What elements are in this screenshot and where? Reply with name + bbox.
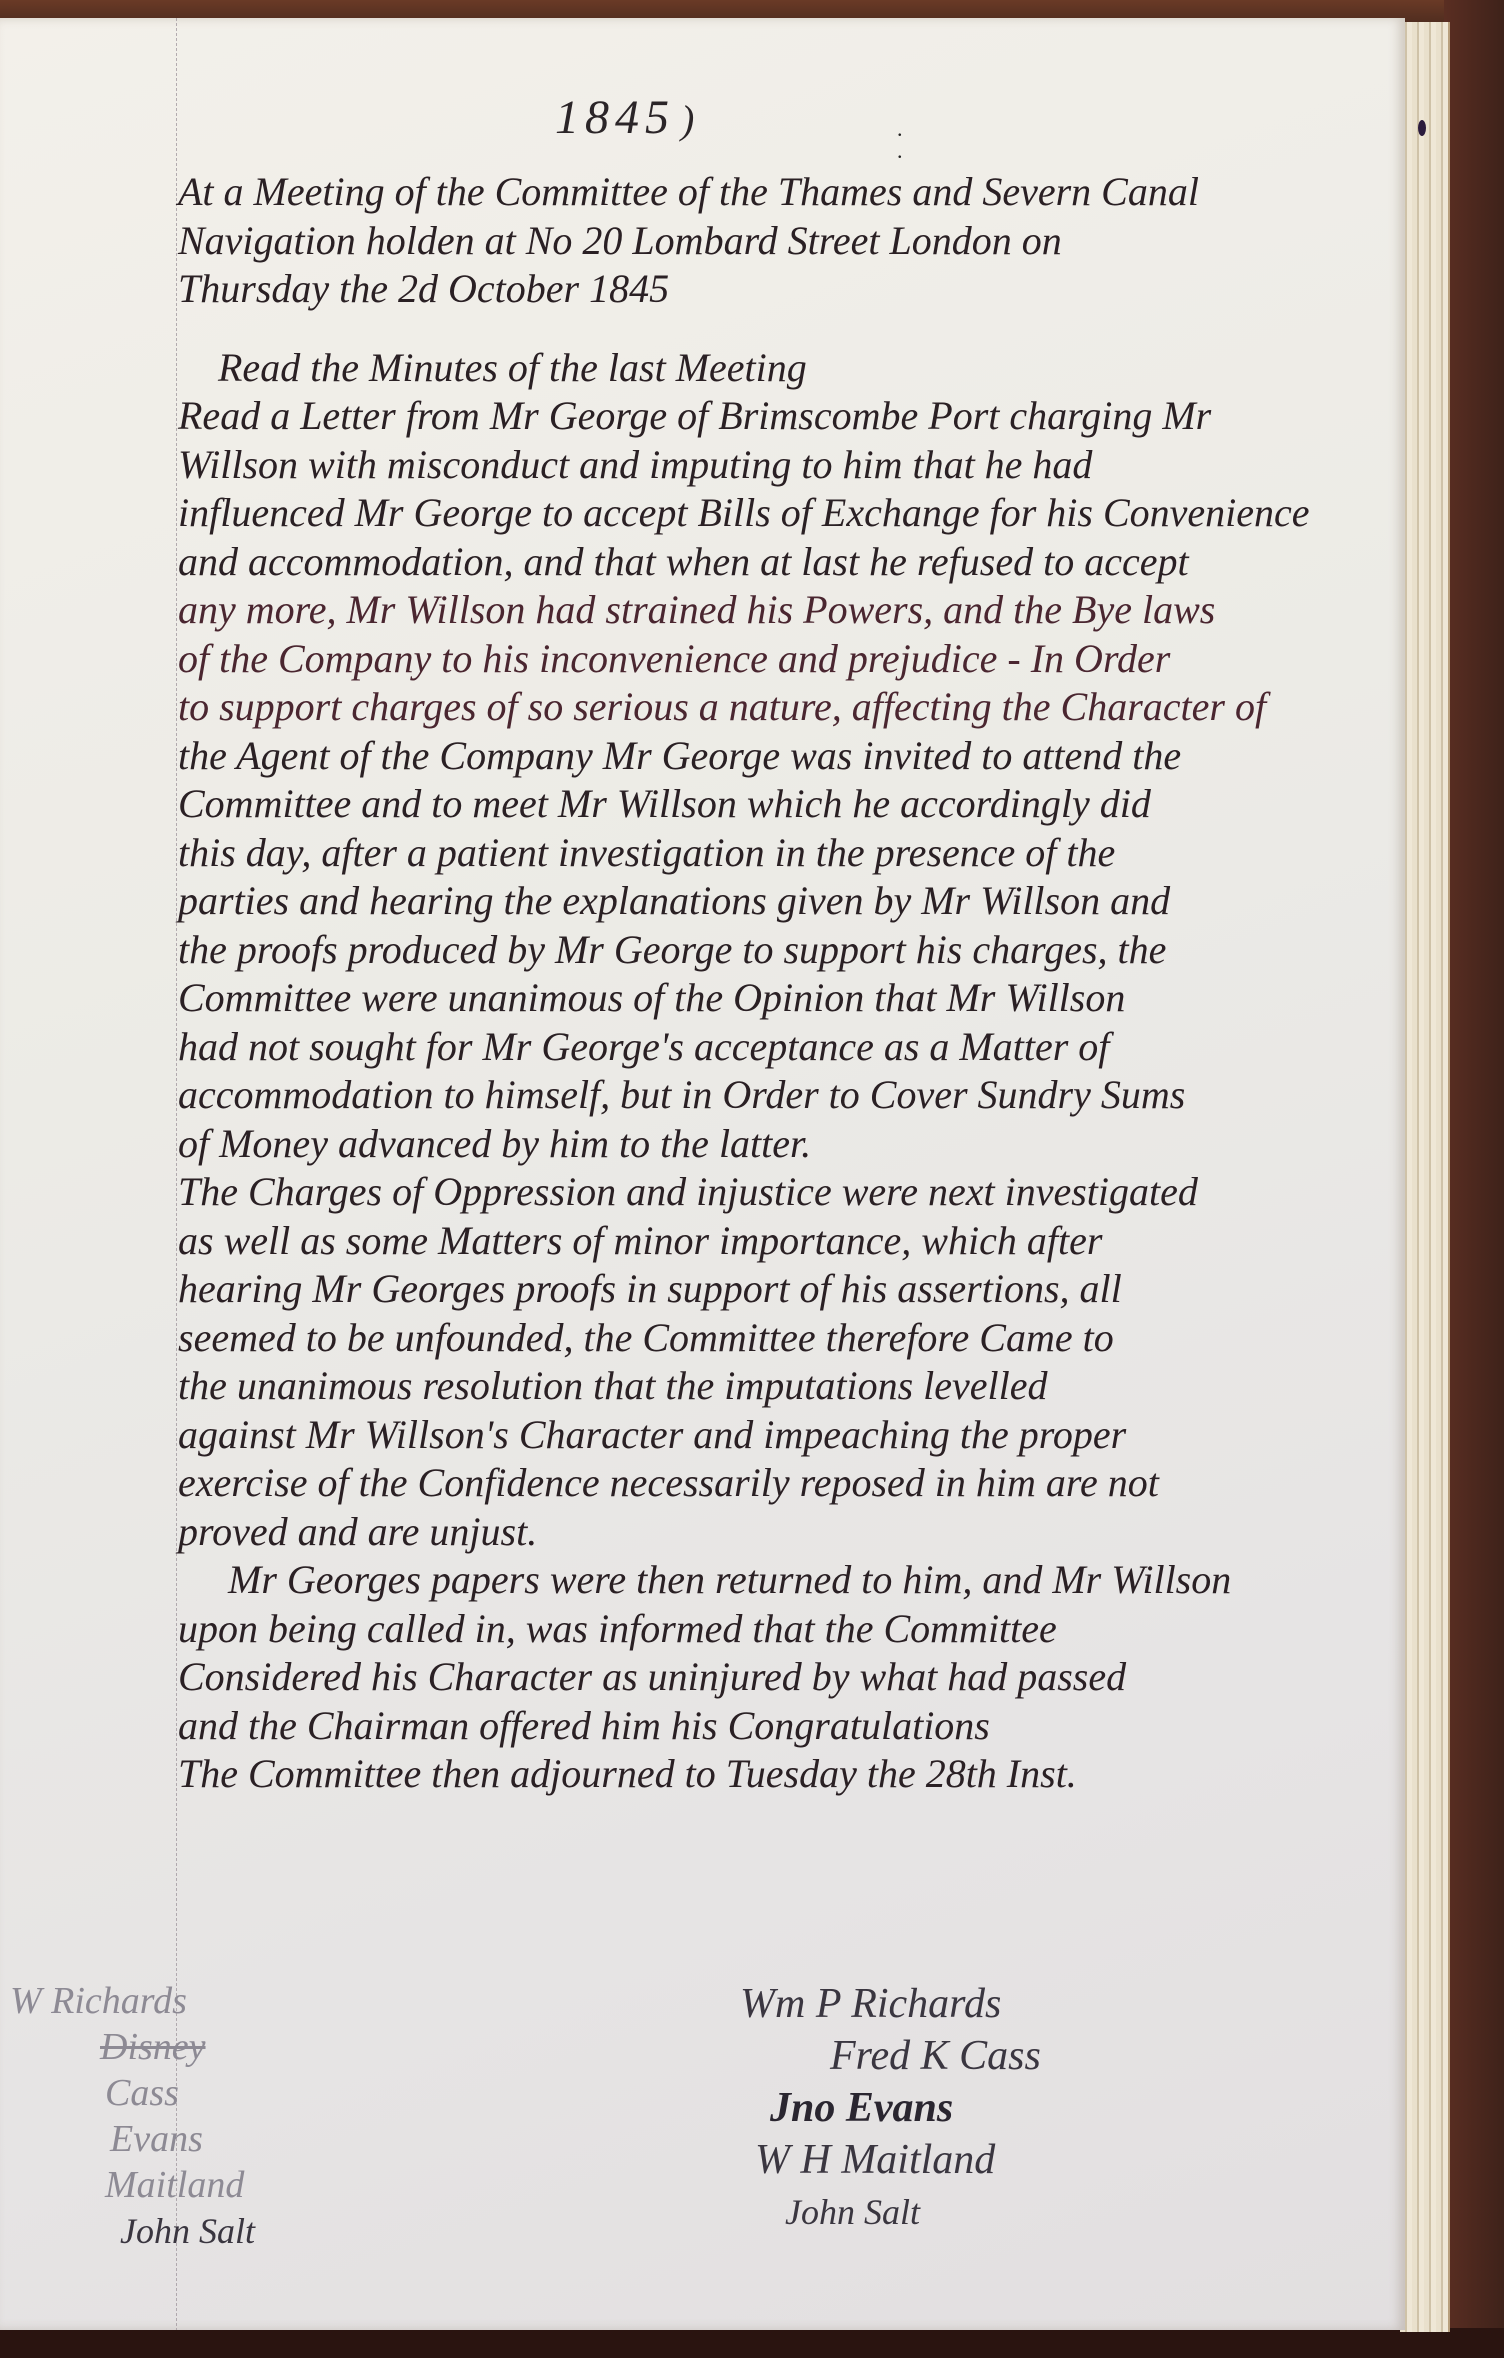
ink-dots: .. xyxy=(897,118,903,162)
minute-line: of the Company to his inconvenience and … xyxy=(178,635,1388,684)
minute-line: influenced Mr George to accept Bills of … xyxy=(178,489,1388,538)
minute-line: Read the Minutes of the last Meeting xyxy=(178,344,1388,393)
heading-line: At a Meeting of the Committee of the Tha… xyxy=(178,168,1388,217)
attendee-name: W Richards xyxy=(10,1978,255,2024)
minute-line: Read a Letter from Mr George of Brimscom… xyxy=(178,392,1388,441)
year-text: 1845 xyxy=(555,91,675,144)
attendee-name: Maitland xyxy=(10,2162,255,2208)
book-binding-bottom xyxy=(0,2328,1504,2358)
attendee-name: Disney xyxy=(10,2024,255,2070)
minute-line: had not sought for Mr George's acceptanc… xyxy=(178,1023,1388,1072)
heading-line: Navigation holden at No 20 Lombard Stree… xyxy=(178,217,1388,266)
minute-line: Considered his Character as uninjured by… xyxy=(178,1653,1388,1702)
minute-line: upon being called in, was informed that … xyxy=(178,1605,1388,1654)
minute-line: parties and hearing the explanations giv… xyxy=(178,877,1388,926)
heading-line: Thursday the 2d October 1845 xyxy=(178,265,1388,314)
pencil-attendance-list: W Richards Disney Cass Evans Maitland Jo… xyxy=(10,1978,255,2254)
minute-line: of Money advanced by him to the latter. xyxy=(178,1120,1388,1169)
minute-line: this day, after a patient investigation … xyxy=(178,829,1388,878)
minute-line: Willson with misconduct and imputing to … xyxy=(178,441,1388,490)
signature: W H Maitland xyxy=(740,2134,1041,2186)
minute-line: against Mr Willson's Character and impea… xyxy=(178,1411,1388,1460)
minute-line: Committee were unanimous of the Opinion … xyxy=(178,974,1388,1023)
minute-line: Mr Georges papers were then returned to … xyxy=(178,1556,1388,1605)
minute-line: hearing Mr Georges proofs in support of … xyxy=(178,1265,1388,1314)
minute-line: seemed to be unfounded, the Committee th… xyxy=(178,1314,1388,1363)
minute-line: and the Chairman offered him his Congrat… xyxy=(178,1702,1388,1751)
minute-line: The Charges of Oppression and injustice … xyxy=(178,1168,1388,1217)
minute-line: as well as some Matters of minor importa… xyxy=(178,1217,1388,1266)
minutes-text: At a Meeting of the Committee of the Tha… xyxy=(178,168,1388,1799)
minute-line: to support charges of so serious a natur… xyxy=(178,683,1388,732)
year-heading: 1845) xyxy=(555,90,700,145)
ledger-page: 1845) .. At a Meeting of the Committee o… xyxy=(0,18,1405,2330)
minute-line: exercise of the Confidence necessarily r… xyxy=(178,1459,1388,1508)
signature-block: Wm P Richards Fred K Cass Jno Evans W H … xyxy=(740,1978,1041,2238)
flourish-mark: ) xyxy=(681,97,700,142)
attendee-name: John Salt xyxy=(10,2208,255,2254)
minute-line: accommodation to himself, but in Order t… xyxy=(178,1071,1388,1120)
minute-line: the unanimous resolution that the imputa… xyxy=(178,1362,1388,1411)
attendee-name: Cass xyxy=(10,2070,255,2116)
minute-line: and accommodation, and that when at last… xyxy=(178,538,1388,587)
minute-line: Committee and to meet Mr Willson which h… xyxy=(178,780,1388,829)
signature: Wm P Richards xyxy=(740,1978,1041,2030)
signature: Jno Evans xyxy=(740,2082,1041,2134)
signature: Fred K Cass xyxy=(740,2030,1041,2082)
minute-line: the Agent of the Company Mr George was i… xyxy=(178,732,1388,781)
ink-blot xyxy=(1418,120,1426,136)
minute-line: the proofs produced by Mr George to supp… xyxy=(178,926,1388,975)
minute-line: any more, Mr Willson had strained his Po… xyxy=(178,586,1388,635)
book-binding-right xyxy=(1444,0,1504,2358)
minute-line: proved and are unjust. xyxy=(178,1508,1388,1557)
attendee-name: Evans xyxy=(10,2116,255,2162)
minute-line: The Committee then adjourned to Tuesday … xyxy=(178,1750,1388,1799)
signature: John Salt xyxy=(740,2186,1041,2238)
page-edges xyxy=(1400,22,1450,2332)
